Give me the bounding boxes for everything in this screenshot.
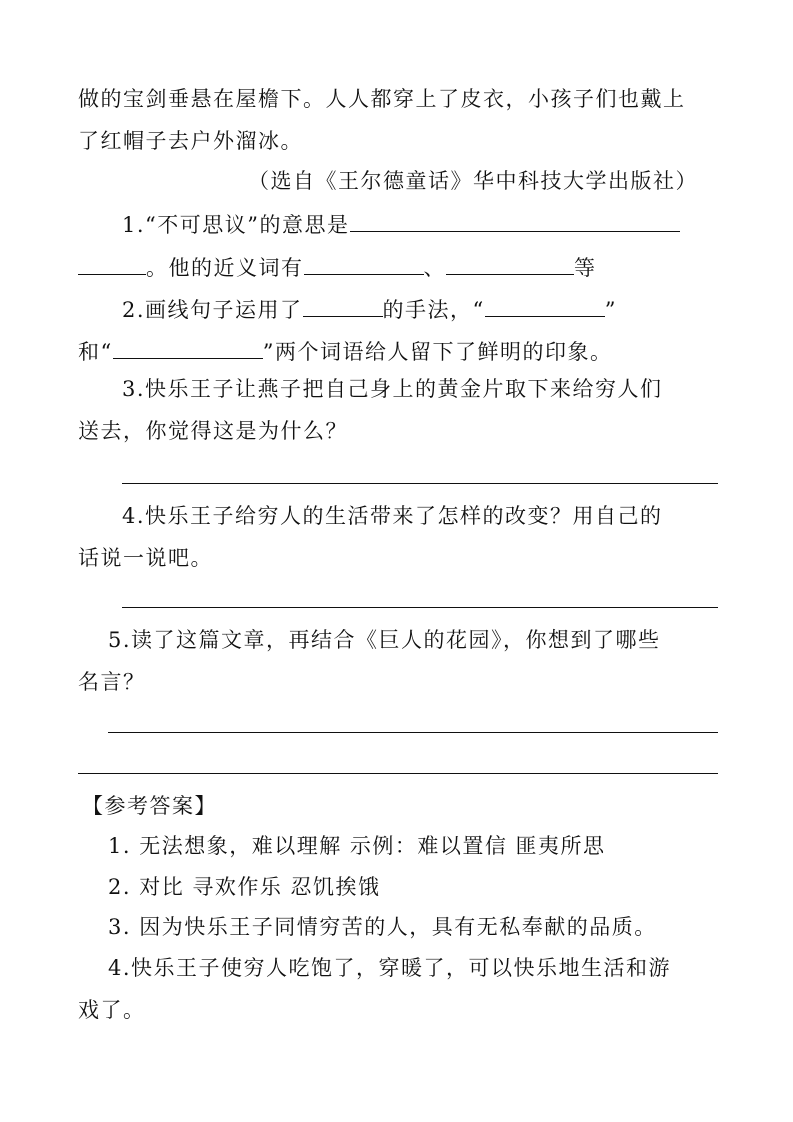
question-number: 4. <box>122 504 145 528</box>
document-page: 做的宝剑垂悬在屋檐下。人人都穿上了皮衣，小孩子们也戴上 了红帽子去户外溜冰。 （… <box>0 0 793 1122</box>
question-number: 1. <box>122 213 145 237</box>
question-text: 快乐王子让燕子把自己身上的黄金片取下来给穷人们 <box>145 377 663 401</box>
source-citation: （选自《王尔德童话》华中科技大学出版社） <box>248 168 698 194</box>
question-4: 4.快乐王子给穷人的生活带来了怎样的改变？用自己的 <box>122 503 663 529</box>
passage-line: 了红帽子去户外溜冰。 <box>78 128 303 154</box>
passage-line: 做的宝剑垂悬在屋檐下。人人都穿上了皮衣，小孩子们也戴上 <box>78 86 686 112</box>
word-blank-1[interactable] <box>485 296 605 317</box>
question-5: 5.读了这篇文章，再结合《巨人的花园》，你想到了哪些 <box>108 627 661 653</box>
question-text: 。他的近义词有 <box>146 256 304 280</box>
answer-line[interactable] <box>122 607 718 608</box>
technique-blank[interactable] <box>303 296 383 317</box>
answer-line[interactable] <box>78 773 718 774</box>
question-number: 3. <box>122 377 145 401</box>
question-text: 话说一说吧。 <box>78 545 213 571</box>
question-text: 快乐王子给穷人的生活带来了怎样的改变？用自己的 <box>145 504 663 528</box>
question-3: 3.快乐王子让燕子把自己身上的黄金片取下来给穷人们 <box>122 376 663 402</box>
question-text: 和“ <box>78 340 113 364</box>
question-text: “不可思议”的意思是 <box>145 213 349 237</box>
question-text: 画线句子运用了 <box>145 298 303 322</box>
question-text: 读了这篇文章，再结合《巨人的花园》，你想到了哪些 <box>131 628 661 652</box>
synonym-blank-2[interactable] <box>446 254 574 275</box>
answer-line[interactable] <box>122 483 718 484</box>
word-blank-2[interactable] <box>113 338 263 359</box>
synonym-blank-1[interactable] <box>304 254 424 275</box>
answer-line[interactable] <box>108 732 718 733</box>
question-text: 名言？ <box>78 669 146 695</box>
question-2: 2.画线句子运用了的手法，“” <box>122 296 617 323</box>
answer-item: 1. 无法想象，难以理解 示例：难以置信 匪夷所思 <box>108 833 606 859</box>
question-1-cont: 。他的近义词有、等 <box>78 254 597 281</box>
answer-item: 3. 因为快乐王子同情穷苦的人，具有无私奉献的品质。 <box>108 914 657 940</box>
question-2-cont: 和“”两个词语给人留下了鲜明的印象。 <box>78 338 613 365</box>
answer-blank[interactable] <box>78 254 146 275</box>
question-1: 1.“不可思议”的意思是 <box>122 211 680 238</box>
question-text: ”两个词语给人留下了鲜明的印象。 <box>263 340 613 364</box>
answer-item: 2. 对比 寻欢作乐 忍饥挨饿 <box>108 874 381 900</box>
question-number: 5. <box>108 628 131 652</box>
answer-blank[interactable] <box>350 211 680 232</box>
question-text: 等 <box>574 256 597 280</box>
question-number: 2. <box>122 298 145 322</box>
separator: 、 <box>424 256 447 280</box>
question-text: ” <box>605 298 617 322</box>
question-text: 的手法，“ <box>383 298 485 322</box>
answers-heading: 【参考答案】 <box>82 793 217 819</box>
question-text: 送去，你觉得这是为什么？ <box>78 418 348 444</box>
answer-item: 戏了。 <box>78 997 146 1023</box>
answer-item: 4.快乐王子使穷人吃饱了，穿暖了，可以快乐地生活和游 <box>108 955 671 981</box>
